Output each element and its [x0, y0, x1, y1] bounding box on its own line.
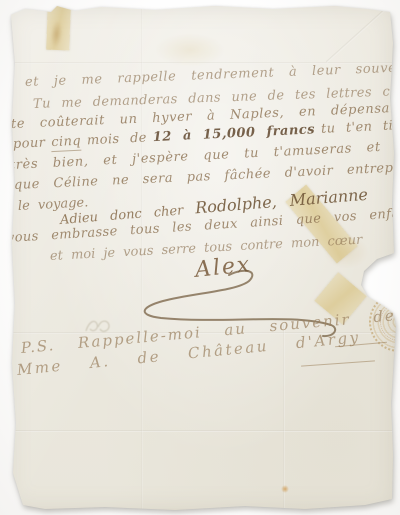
handwriting-word: mois de: [87, 130, 148, 148]
letter-sheet-wrapper: et je me rappelle tendrement à leur souv…: [5, 3, 396, 512]
amount-text: 12 à 15,000 francs: [152, 122, 315, 145]
fold-crease: [5, 430, 396, 432]
handwriting-word: pour: [13, 135, 46, 152]
ink-flourish-dash: [301, 360, 375, 366]
tape-stain: [50, 20, 64, 47]
fold-crease: [326, 1, 394, 63]
letter-sheet: et je me rappelle tendrement à leur souv…: [5, 3, 396, 512]
photo-background: et je me rappelle tendrement à leur souv…: [0, 0, 400, 515]
underlined-word: cinq: [51, 134, 82, 152]
handwriting-word: tu t'en tireras,: [321, 116, 400, 137]
